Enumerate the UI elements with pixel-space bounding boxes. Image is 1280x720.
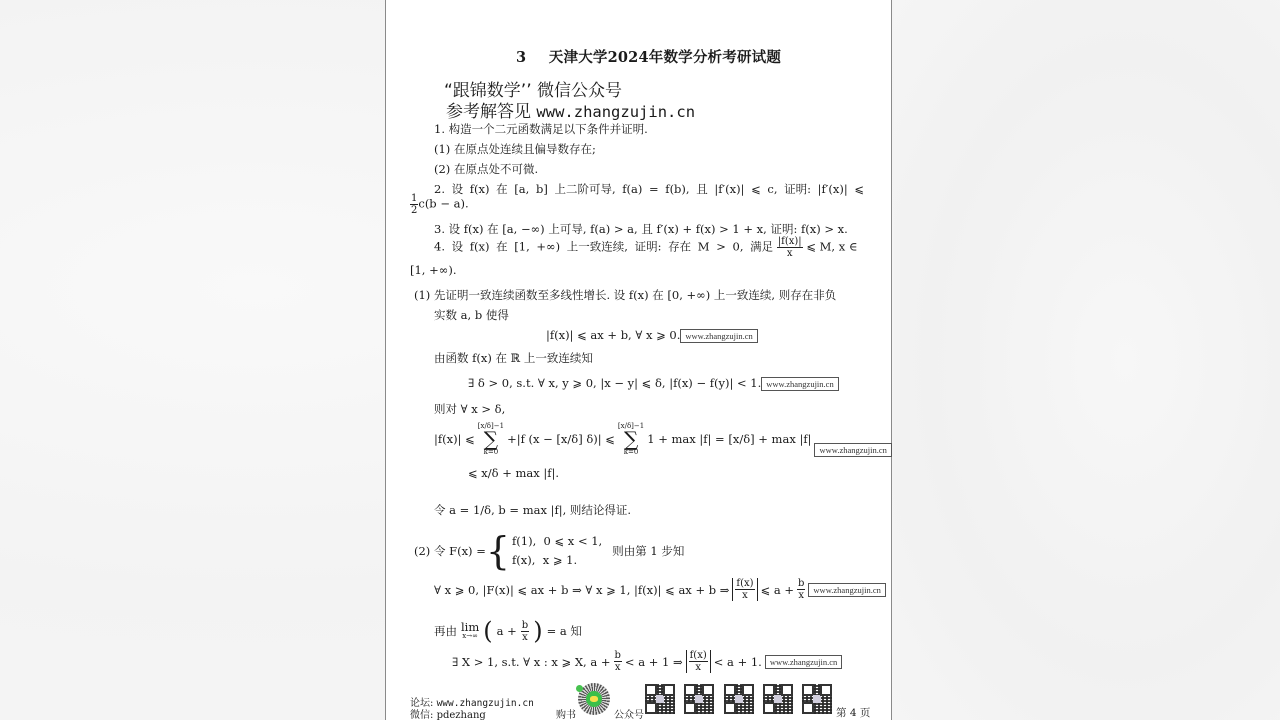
section-title: 天津大学2024年数学分析考研试题 — [549, 49, 781, 66]
by-uniform-continuity: 由函数 f(x) 在 ℝ 上一致连续知 — [434, 350, 593, 366]
footer-wechat: 微信: pdezhang — [410, 706, 486, 720]
section-number: 3 — [516, 49, 526, 66]
promo-prefix: 参考解答见 — [446, 102, 531, 122]
solution-part1-intro2: 实数 a, b 使得 — [434, 307, 509, 323]
fraction-fx-over-x: |f(x)|x — [777, 236, 803, 259]
footer-buy-book: 购书 — [556, 706, 576, 720]
problem-1-cond-1: (1) 在原点处连续且偏导数存在; — [434, 141, 596, 157]
solution-part2-def: (2) 令 F(x) = { f(1), 0 ⩽ x < 1, f(x), x … — [414, 532, 684, 570]
problem-1: 1. 构造一个二元函数满足以下条件并证明. — [434, 121, 648, 137]
qr-code-icon[interactable] — [645, 684, 675, 714]
problem-2-cont: 12c(b − a). — [410, 193, 469, 216]
piecewise-cases: f(1), 0 ⩽ x < 1, f(x), x ⩾ 1. — [512, 532, 602, 570]
solution-part1-intro: (1) 先证明一致连续函数至多线性增长. 设 f(x) 在 [0, +∞) 上一… — [414, 287, 836, 303]
section-heading: 3 天津大学2024年数学分析考研试题 — [516, 46, 781, 67]
page-number: 第 4 页 — [836, 705, 870, 720]
summation-symbol: [x/δ]−1∑k=0 — [478, 422, 504, 456]
qr-code-icon[interactable] — [684, 684, 714, 714]
left-brace: { — [486, 532, 510, 570]
document-page: 3 天津大学2024年数学分析考研试题 “跟锦数学’’ 微信公众号 参考解答见 … — [385, 0, 892, 720]
equation-exists-X: ∃ X > 1, s.t. ∀ x : x ⩾ X, a + bx < a + … — [452, 650, 842, 673]
problem-3: 3. 设 f(x) 在 [a, −∞) 上可导, f(a) > a, 且 f′(… — [434, 221, 848, 237]
watermark-link[interactable]: www.zhangzujin.cn — [680, 329, 757, 343]
qr-code-icon[interactable] — [724, 684, 754, 714]
equation-summation: |f(x)| ⩽ [x/δ]−1∑k=0 +|f (x − [x/δ] δ)| … — [434, 421, 892, 457]
footer-official-account: 公众号 — [614, 706, 644, 720]
promo-line-2: 参考解答见 www.zhangzujin.cn — [446, 97, 695, 122]
qr-code-icon[interactable] — [763, 684, 793, 714]
problem-1-cond-2: (2) 在原点处不可微. — [434, 161, 538, 177]
summation-symbol: [x/δ]−1∑k=0 — [618, 422, 644, 456]
background-right — [894, 0, 1280, 720]
equation-delta: ∃ δ > 0, s.t. ∀ x, y ⩾ 0, |x − y| ⩽ δ, |… — [468, 376, 839, 391]
equation-linear-bound: |f(x)| ⩽ ax + b, ∀ x ⩾ 0.www.zhangzujin.… — [546, 328, 758, 343]
equation-limit: 再由 limx→∞ ( a + bx ) = a 知 — [434, 617, 582, 645]
equation-bound-F: ∀ x ⩾ 0, |F(x)| ⩽ ax + b ⇒ ∀ x ⩾ 1, |f(x… — [434, 578, 886, 601]
watermark-link[interactable]: www.zhangzujin.cn — [814, 443, 891, 457]
then-for-x: 则对 ∀ x > δ, — [434, 401, 505, 417]
problem-4: 4. 设 f(x) 在 [1, +∞) 上一致连续, 证明: 存在 M > 0,… — [434, 236, 857, 259]
promo-url[interactable]: www.zhangzujin.cn — [536, 103, 695, 121]
conclusion-part1: 令 a = 1/δ, b = max |f|, 则结论得证. — [434, 502, 631, 518]
watermark-link[interactable]: www.zhangzujin.cn — [808, 583, 885, 597]
problem-2: 2. 设 f(x) 在 [a, b] 上二阶可导, f(a) = f(b), 且… — [434, 181, 864, 197]
buy-book-qr-icon[interactable] — [578, 683, 610, 715]
watermark-link[interactable]: www.zhangzujin.cn — [765, 655, 842, 669]
problem-4-cont: [1, +∞). — [410, 263, 456, 277]
equation-summation-line2: ⩽ x/δ + max |f|. — [468, 466, 559, 480]
watermark-link[interactable]: www.zhangzujin.cn — [761, 377, 838, 391]
qr-code-icon[interactable] — [802, 684, 832, 714]
